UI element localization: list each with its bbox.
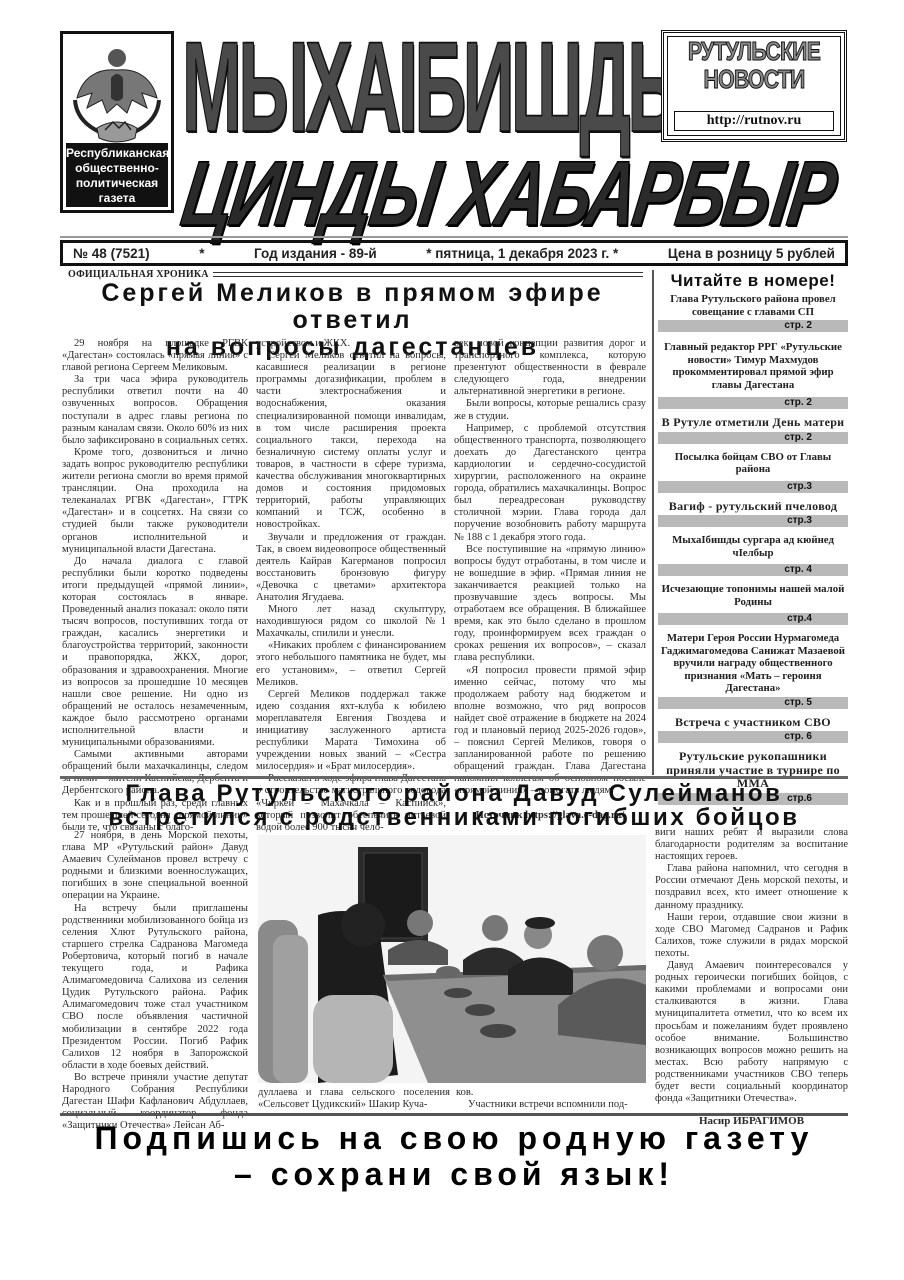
partner-title: РУТУЛЬСКИЕ НОВОСТИ [685, 37, 823, 93]
paragraph: Кроме того, дозвониться и лично задать в… [62, 447, 248, 556]
paragraph: Глава района напомнил, что сегодня в Рос… [655, 863, 848, 911]
in-this-issue-sidebar: Читайте в номере! Глава Рутульского райо… [658, 270, 848, 811]
paragraph: устройством и ЖКХ. [256, 338, 446, 350]
paragraph: Сергей Меликов ответил на вопросы, касав… [256, 350, 446, 531]
paragraph: «Никаких проблем с финансированием этого… [256, 640, 446, 688]
article-column-1: 29 ноября на площадке РГВК «Дагестан» со… [62, 338, 248, 834]
page-ref: стр.3 [658, 481, 848, 493]
sidebar-item-title: Главный редактор РРГ «Рутульские новости… [658, 338, 848, 397]
paragraph: Были вопросы, которые решались сразу же … [454, 398, 646, 422]
page-ref: стр. 6 [658, 731, 848, 743]
partner-title-line: РУТУЛЬСКИЕ [685, 37, 823, 65]
partner-title-line: НОВОСТИ [685, 65, 823, 93]
section-divider [60, 776, 848, 779]
page-ref: стр. 2 [658, 397, 848, 409]
page-ref: стр. 2 [658, 320, 848, 332]
column-divider [652, 270, 654, 775]
logo-caption-line: Республиканская [66, 146, 168, 161]
sidebar-item-title: Встреча с участником СВО [658, 715, 848, 732]
page-ref: стр.3 [658, 515, 848, 527]
sidebar-item[interactable]: Вагиф - рутульский пчеловод стр.3 [658, 499, 848, 528]
issue-date: * пятница, 1 декабря 2023 г. * [426, 246, 618, 261]
sidebar-item-title: Глава Рутульского района провел совещани… [658, 292, 848, 320]
page-ref: стр. 2 [658, 432, 848, 444]
publication-year: Год издания - 89-й [254, 246, 377, 261]
sidebar-item-title: Посылка бойцам СВО от Главы района [658, 450, 848, 481]
sidebar-item[interactable]: МыхаІбишды сургара ад кюйнед чІелбыр стр… [658, 533, 848, 576]
slogan-line: Подпишись на свою родную газету [60, 1120, 848, 1156]
issue-number: № 48 (7521) [73, 246, 150, 261]
slogan-line: – сохрани свой язык! [60, 1156, 848, 1192]
sidebar-item[interactable]: В Рутуле отметили День матери стр. 2 [658, 415, 848, 444]
sidebar-item[interactable]: Встреча с участником СВО стр. 6 [658, 715, 848, 744]
paragraph: 29 ноября на площадке РГВК «Дагестан» со… [62, 338, 248, 374]
headline-line: Глава Рутульского района Давуд Сулеймано… [60, 782, 848, 806]
paragraph: На встречу были приглашены родственники … [62, 903, 248, 1072]
paragraph: Много лет назад скульптуру, находившуюся… [256, 604, 446, 640]
dagestan-emblem-icon [67, 38, 167, 150]
newspaper-title: МЫХАІБИШДЫ [182, 28, 445, 148]
article-column-1: 27 ноября, в день Морской пехоты, глава … [62, 830, 248, 1132]
issue-info-bar: № 48 (7521) * Год издания - 89-й * пятни… [60, 240, 848, 266]
coat-of-arms-logo: Республиканская общественно- политическа… [60, 31, 174, 213]
sidebar-item-title: Вагиф - рутульский пчеловод [658, 499, 848, 516]
paragraph: Сергей Меликов поддержал также идею созд… [256, 689, 446, 774]
paragraph: век, новой концепции развития дорог и тр… [454, 338, 646, 398]
meeting-photo [258, 835, 646, 1083]
paragraph: 27 ноября, в день Морской пехоты, глава … [62, 830, 248, 903]
paragraph: Звучали и предложения от граждан. Так, в… [256, 532, 446, 605]
logo-caption-line: политическая [66, 176, 168, 191]
page-ref: стр. 5 [658, 697, 848, 709]
sidebar-item-title: Исчезающие топонимы нашей малой Родины [658, 582, 848, 613]
paragraph: Наши герои, отдавшие свои жизни в ходе С… [655, 912, 848, 960]
sidebar-item[interactable]: Глава Рутульского района провел совещани… [658, 292, 848, 332]
issue-price: Цена в розницу 5 рублей [668, 246, 835, 261]
sidebar-item-title: Матери Героя России Нурмагомеда Гаджимаг… [658, 631, 848, 697]
paragraph: Например, с проблемой отсутствия обществ… [454, 423, 646, 544]
page-ref: стр.4 [658, 613, 848, 625]
paragraph: Давуд Амаевич поинтересовался у родных г… [655, 960, 848, 1105]
article-column-2: устройством и ЖКХ. Сергей Меликов ответи… [256, 338, 446, 834]
sidebar-item-title: В Рутуле отметили День матери [658, 415, 848, 432]
paragraph: Все поступившие на «прямую линию» вопрос… [454, 544, 646, 665]
logo-caption: Республиканская общественно- политическа… [66, 143, 168, 207]
masthead-divider [60, 236, 848, 238]
section-divider [60, 1113, 848, 1116]
rubric-double-rule [213, 272, 643, 277]
sidebar-item[interactable]: Посылка бойцам СВО от Главы района стр.3 [658, 450, 848, 493]
paragraph: Участники встречи вспомнили под- [456, 1099, 646, 1111]
sidebar-item[interactable]: Матери Героя России Нурмагомеда Гаджимаг… [658, 631, 848, 709]
article-headline: Глава Рутульского района Давуд Сулеймано… [60, 782, 848, 830]
sidebar-item[interactable]: Главный редактор РРГ «Рутульские новости… [658, 338, 848, 409]
partner-url-link[interactable]: http://rutnov.ru [674, 111, 834, 131]
headline-line: Сергей Меликов в прямом эфире ответил [60, 280, 645, 334]
paragraph: дуллаева и глава сельского поселения «Се… [258, 1087, 450, 1111]
paragraph: виги наших ребят и выразили слова благод… [655, 827, 848, 863]
photo-image [258, 835, 646, 1083]
page-ref: стр. 4 [658, 564, 848, 576]
paragraph: ков. [456, 1087, 646, 1099]
separator-star: * [199, 246, 204, 261]
article-column-4: виги наших ребят и выразили слова благод… [655, 827, 848, 1127]
article-column-2: дуллаева и глава сельского поселения «Се… [258, 1087, 450, 1111]
subscription-slogan: Подпишись на свою родную газету – сохран… [60, 1120, 848, 1192]
paragraph: До начала диалога с главой республики бы… [62, 556, 248, 750]
newspaper-subtitle: ЦИНДЫ ХАБАРБЫР [177, 153, 678, 235]
article-column-3: век, новой концепции развития дорог и тр… [454, 338, 646, 822]
sidebar-item[interactable]: Исчезающие топонимы нашей малой Родины с… [658, 582, 848, 625]
article-column-3: ков. Участники встречи вспомнили под- [456, 1087, 646, 1111]
sidebar-item-title: МыхаІбишды сургара ад кюйнед чІелбыр [658, 533, 848, 564]
rubric-label: ОФИЦИАЛЬНАЯ ХРОНИКА [68, 269, 209, 280]
logo-caption-line: газета [66, 191, 168, 206]
logo-caption-line: общественно- [66, 161, 168, 176]
paragraph: За три часа эфира руководитель республик… [62, 374, 248, 447]
partner-badge: РУТУЛЬСКИЕ НОВОСТИ http://rutnov.ru [661, 30, 847, 142]
sidebar-title: Читайте в номере! [658, 270, 848, 292]
